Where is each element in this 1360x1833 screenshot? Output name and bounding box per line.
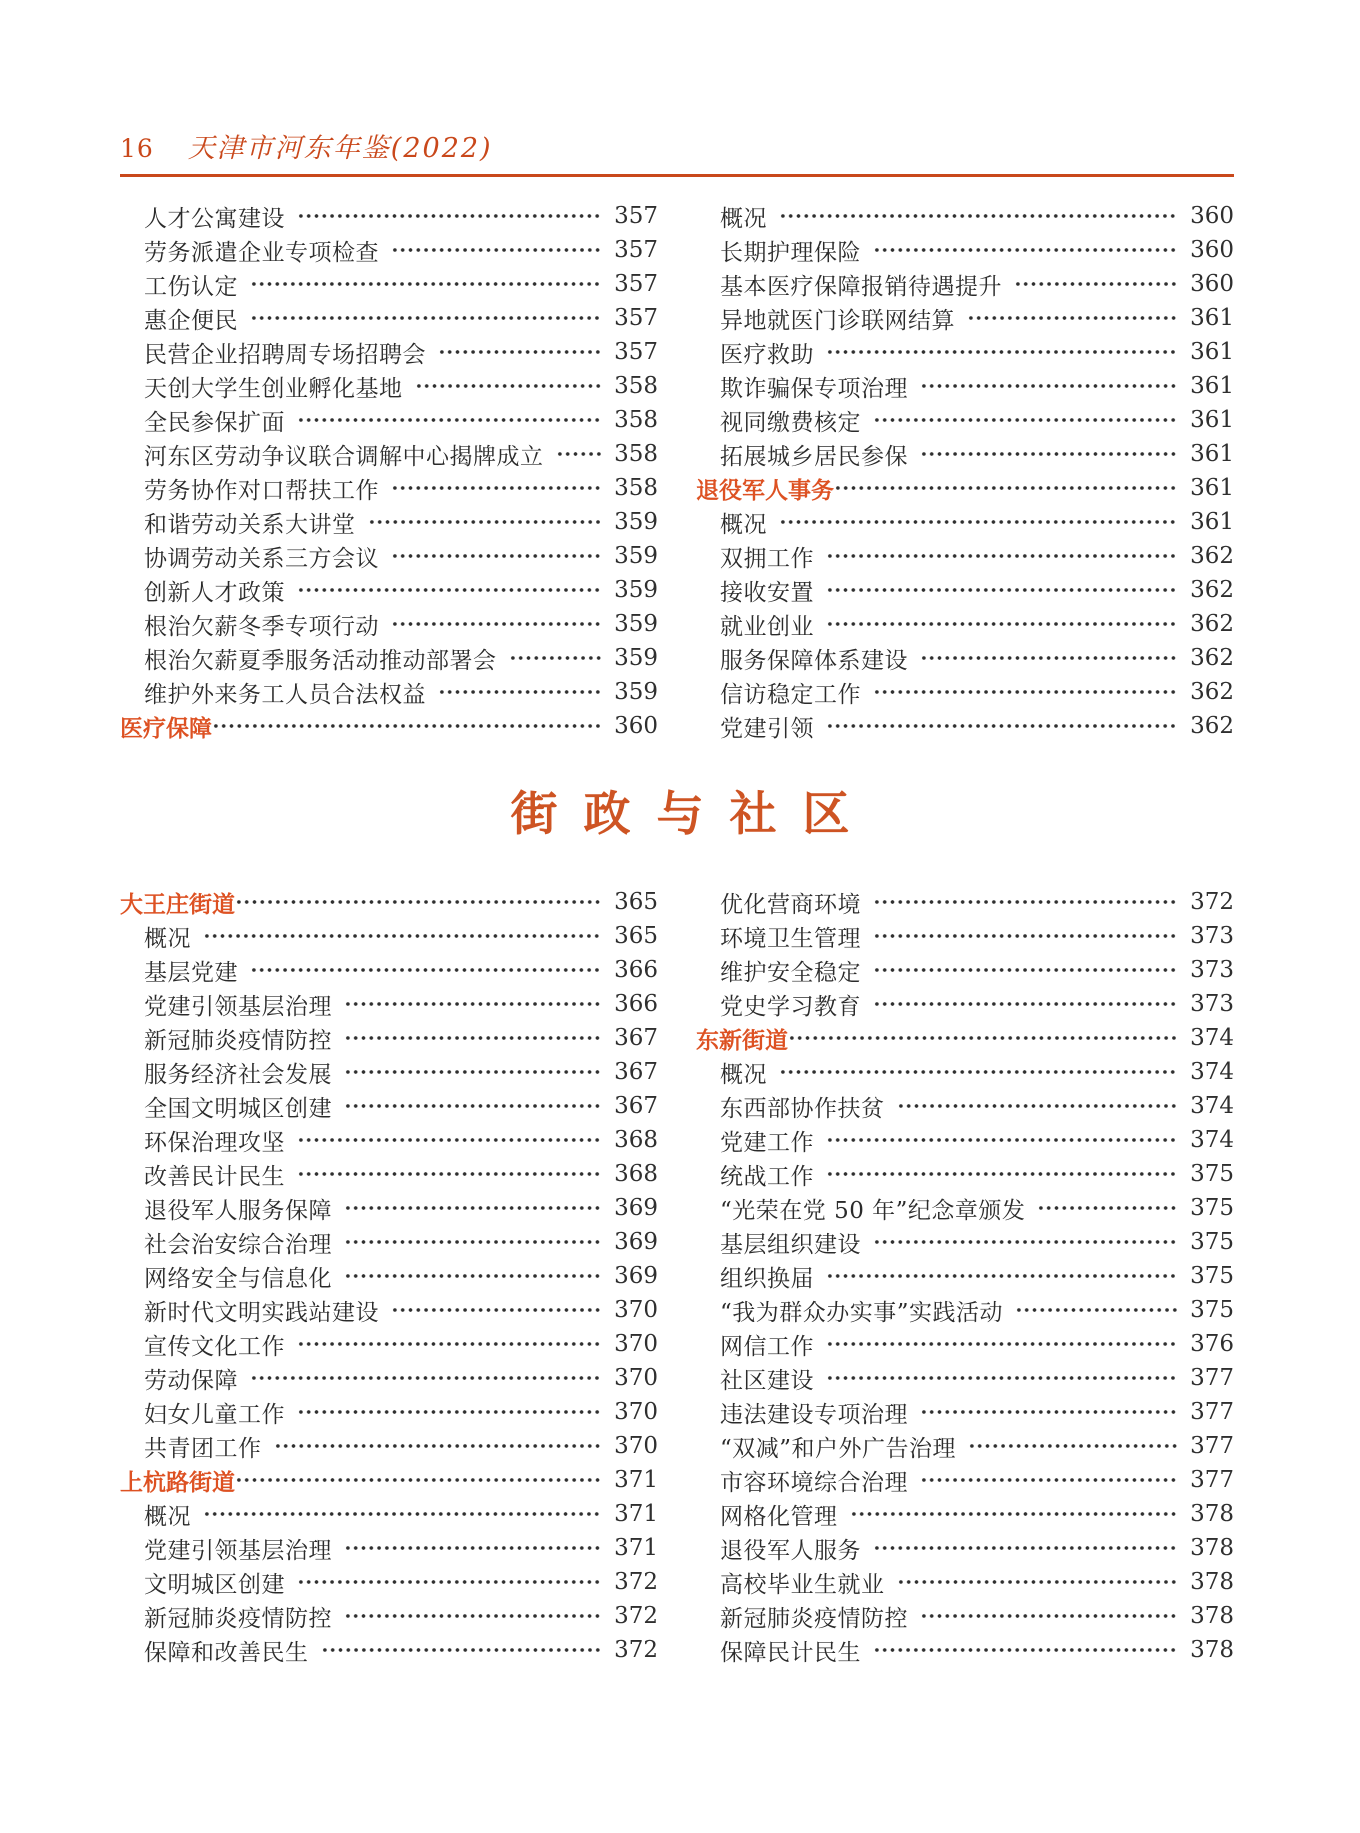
dot-leader (897, 1574, 1179, 1590)
toc-entry-row: 环境卫生管理373 (696, 919, 1234, 953)
toc-entry-row: 创新人才政策359 (120, 573, 658, 607)
toc-entry-page-number: 359 (612, 645, 658, 671)
dot-leader (415, 378, 603, 394)
dot-leader (391, 616, 602, 632)
toc-entry-page-number: 375 (1188, 1263, 1234, 1289)
toc-entry-page-number: 369 (612, 1263, 658, 1289)
toc-entry-page-number: 367 (612, 1025, 658, 1051)
toc-entry-page-number: 378 (1188, 1501, 1234, 1527)
dot-leader (967, 310, 1178, 326)
toc-entry-page-number: 370 (612, 1399, 658, 1425)
toc-entry-page-number: 362 (1188, 679, 1234, 705)
toc-entry-row: 改善民计民生368 (120, 1157, 658, 1191)
toc-entry-page-number: 359 (612, 679, 658, 705)
dot-leader (920, 446, 1178, 462)
toc-entry-page-number: 357 (612, 237, 658, 263)
toc-entry-page-number: 357 (612, 203, 658, 229)
toc-entry-row: 接收安置362 (696, 573, 1234, 607)
dot-leader (297, 1132, 602, 1148)
toc-entry-title: 创新人才政策 (120, 574, 285, 607)
dot-leader (274, 1438, 603, 1454)
toc-entry-page-number: 360 (612, 713, 658, 739)
dot-leader (826, 582, 1178, 598)
toc-entry-row: 网格化管理378 (696, 1497, 1234, 1531)
toc-top-left-column: 人才公寓建设357劳务派遣企业专项检查357工伤认定357惠企便民357民营企业… (120, 199, 658, 743)
toc-entry-row: 民营企业招聘周专场招聘会357 (120, 335, 658, 369)
toc-entry-page-number: 371 (612, 1467, 658, 1493)
toc-entry-title: 医疗救助 (696, 336, 814, 369)
dot-leader (212, 718, 602, 734)
yearbook-toc-page: 16 天津市河东年鉴(2022) 人才公寓建设357劳务派遣企业专项检查357工… (0, 0, 1360, 1833)
toc-bottom-left-column: 大王庄街道365概况365基层党建366党建引领基层治理366新冠肺炎疫情防控3… (120, 885, 658, 1667)
toc-entry-page-number: 361 (1188, 441, 1234, 467)
toc-entry-row: 劳务协作对口帮扶工作358 (120, 471, 658, 505)
toc-entry-row: 统战工作375 (696, 1157, 1234, 1191)
dot-leader (779, 1064, 1178, 1080)
toc-section-heading-row: 上杭路街道371 (120, 1463, 658, 1497)
toc-entry-page-number: 365 (612, 923, 658, 949)
toc-entry-title: 概况 (696, 1056, 767, 1089)
toc-entry-row: 网信工作376 (696, 1327, 1234, 1361)
toc-entry-title: 基本医疗保障报销待遇提升 (696, 268, 1002, 301)
toc-entry-page-number: 369 (612, 1195, 658, 1221)
dot-leader (235, 894, 602, 910)
toc-entry-row: 基层组织建设375 (696, 1225, 1234, 1259)
toc-entry-title: “双减”和户外广告治理 (696, 1430, 956, 1463)
toc-entry-title: 东新街道 (696, 1022, 788, 1055)
dot-leader (344, 1540, 602, 1556)
toc-entry-title: 河东区劳动争议联合调解中心揭牌成立 (120, 438, 544, 471)
toc-entry-row: 双拥工作362 (696, 539, 1234, 573)
toc-entry-page-number: 378 (1188, 1569, 1234, 1595)
toc-entry-title: 宣传文化工作 (120, 1328, 285, 1361)
toc-entry-title: 概况 (696, 200, 767, 233)
dot-leader (509, 650, 603, 666)
toc-entry-page-number: 378 (1188, 1535, 1234, 1561)
dot-leader (321, 1642, 603, 1658)
toc-entry-page-number: 361 (1188, 339, 1234, 365)
toc-entry-page-number: 361 (1188, 305, 1234, 331)
toc-entry-row: 概况371 (120, 1497, 658, 1531)
toc-entry-row: 惠企便民357 (120, 301, 658, 335)
dot-leader (873, 1540, 1178, 1556)
toc-entry-page-number: 375 (1188, 1195, 1234, 1221)
toc-entry-page-number: 374 (1188, 1093, 1234, 1119)
toc-entry-row: 退役军人服务378 (696, 1531, 1234, 1565)
toc-section-heading-row: 东新街道374 (696, 1021, 1234, 1055)
toc-entry-row: 社会治安综合治理369 (120, 1225, 658, 1259)
toc-entry-row: 维护安全稳定373 (696, 953, 1234, 987)
toc-entry-title: 维护安全稳定 (696, 954, 861, 987)
toc-entry-page-number: 372 (612, 1603, 658, 1629)
toc-entry-row: 根治欠薪夏季服务活动推动部署会359 (120, 641, 658, 675)
toc-entry-page-number: 362 (1188, 611, 1234, 637)
toc-entry-title: “我为群众办实事”实践活动 (696, 1294, 1003, 1327)
dot-leader (968, 1438, 1178, 1454)
toc-entry-page-number: 358 (612, 407, 658, 433)
toc-entry-title: 天创大学生创业孵化基地 (120, 370, 403, 403)
toc-entry-page-number: 358 (612, 373, 658, 399)
toc-entry-title: 视同缴费核定 (696, 404, 861, 437)
toc-entry-title: 民营企业招聘周专场招聘会 (120, 336, 426, 369)
toc-entry-page-number: 361 (1188, 509, 1234, 535)
toc-entry-row: 服务经济社会发展367 (120, 1055, 658, 1089)
dot-leader (834, 480, 1178, 496)
toc-entry-title: 环境卫生管理 (696, 920, 861, 953)
toc-entry-row: 新冠肺炎疫情防控378 (696, 1599, 1234, 1633)
toc-entry-title: 环保治理攻坚 (120, 1124, 285, 1157)
toc-entry-title: 接收安置 (696, 574, 814, 607)
toc-entry-page-number: 362 (1188, 543, 1234, 569)
toc-entry-page-number: 374 (1188, 1025, 1234, 1051)
toc-entry-page-number: 358 (612, 475, 658, 501)
toc-entry-page-number: 373 (1188, 923, 1234, 949)
dot-leader (1037, 1200, 1178, 1216)
dot-leader (873, 684, 1178, 700)
toc-entry-row: 党建工作374 (696, 1123, 1234, 1157)
toc-entry-title: 网络安全与信息化 (120, 1260, 332, 1293)
toc-entry-page-number: 375 (1188, 1229, 1234, 1255)
toc-entry-title: 基层组织建设 (696, 1226, 861, 1259)
dot-leader (873, 1234, 1178, 1250)
toc-entry-title: 维护外来务工人员合法权益 (120, 676, 426, 709)
dot-leader (826, 1268, 1178, 1284)
toc-entry-title: 共青团工作 (120, 1430, 262, 1463)
toc-block-top: 人才公寓建设357劳务派遣企业专项检查357工伤认定357惠企便民357民营企业… (0, 199, 1360, 743)
dot-leader (897, 1098, 1179, 1114)
dot-leader (438, 684, 602, 700)
dot-leader (826, 1132, 1178, 1148)
toc-entry-row: 退役军人服务保障369 (120, 1191, 658, 1225)
dot-leader (344, 996, 602, 1012)
dot-leader (873, 894, 1178, 910)
toc-entry-row: 异地就医门诊联网结算361 (696, 301, 1234, 335)
toc-entry-row: 保障民计民生378 (696, 1633, 1234, 1667)
dot-leader (438, 344, 602, 360)
toc-entry-title: 全国文明城区创建 (120, 1090, 332, 1123)
dot-leader (920, 1404, 1178, 1420)
toc-section-heading-row: 医疗保障360 (120, 709, 658, 743)
toc-block-bottom: 大王庄街道365概况365基层党建366党建引领基层治理366新冠肺炎疫情防控3… (0, 885, 1360, 1667)
toc-entry-page-number: 362 (1188, 577, 1234, 603)
dot-leader (203, 1506, 602, 1522)
dot-leader (297, 1166, 602, 1182)
toc-entry-row: 就业创业362 (696, 607, 1234, 641)
dot-leader (873, 412, 1178, 428)
dot-leader (344, 1200, 602, 1216)
toc-entry-row: 基本医疗保障报销待遇提升360 (696, 267, 1234, 301)
toc-entry-row: 新冠肺炎疫情防控367 (120, 1021, 658, 1055)
dot-leader (250, 962, 602, 978)
toc-entry-row: 河东区劳动争议联合调解中心揭牌成立358 (120, 437, 658, 471)
toc-entry-page-number: 359 (612, 577, 658, 603)
toc-entry-title: 党史学习教育 (696, 988, 861, 1021)
dot-leader (556, 446, 603, 462)
toc-entry-title: 组织换届 (696, 1260, 814, 1293)
dot-leader (873, 962, 1178, 978)
toc-entry-page-number: 377 (1188, 1433, 1234, 1459)
toc-section-heading-row: 退役军人事务361 (696, 471, 1234, 505)
toc-entry-title: 全民参保扩面 (120, 404, 285, 437)
toc-entry-row: 党建引领基层治理371 (120, 1531, 658, 1565)
toc-entry-row: 基层党建366 (120, 953, 658, 987)
toc-entry-title: 新冠肺炎疫情防控 (120, 1600, 332, 1633)
dot-leader (779, 208, 1178, 224)
toc-entry-row: 网络安全与信息化369 (120, 1259, 658, 1293)
toc-entry-title: 东西部协作扶贫 (696, 1090, 885, 1123)
toc-entry-row: 和谐劳动关系大讲堂359 (120, 505, 658, 539)
toc-entry-title: 服务经济社会发展 (120, 1056, 332, 1089)
toc-entry-page-number: 361 (1188, 475, 1234, 501)
book-title: 天津市河东年鉴(2022) (188, 126, 493, 165)
toc-entry-page-number: 370 (612, 1331, 658, 1357)
toc-entry-page-number: 375 (1188, 1297, 1234, 1323)
toc-entry-title: 劳务协作对口帮扶工作 (120, 472, 379, 505)
toc-entry-title: 和谐劳动关系大讲堂 (120, 506, 356, 539)
toc-entry-row: 协调劳动关系三方会议359 (120, 539, 658, 573)
toc-entry-title: 保障民计民生 (696, 1634, 861, 1667)
toc-section-heading-row: 大王庄街道365 (120, 885, 658, 919)
toc-entry-row: 宣传文化工作370 (120, 1327, 658, 1361)
toc-entry-row: 长期护理保险360 (696, 233, 1234, 267)
toc-entry-title: 统战工作 (696, 1158, 814, 1191)
toc-bottom-right-column: 优化营商环境372环境卫生管理373维护安全稳定373党史学习教育373东新街道… (696, 885, 1234, 1667)
toc-entry-page-number: 370 (612, 1433, 658, 1459)
toc-entry-row: “光荣在党 50 年”纪念章颁发375 (696, 1191, 1234, 1225)
toc-top-right-column: 概况360长期护理保险360基本医疗保障报销待遇提升360异地就医门诊联网结算3… (696, 199, 1234, 743)
toc-entry-title: 新冠肺炎疫情防控 (120, 1022, 332, 1055)
dot-leader (1015, 1302, 1178, 1318)
toc-entry-title: 社会治安综合治理 (120, 1226, 332, 1259)
toc-entry-page-number: 374 (1188, 1059, 1234, 1085)
dot-leader (779, 514, 1178, 530)
toc-entry-title: 服务保障体系建设 (696, 642, 908, 675)
toc-entry-row: 医疗救助361 (696, 335, 1234, 369)
toc-entry-page-number: 373 (1188, 991, 1234, 1017)
toc-entry-title: 上杭路街道 (120, 1464, 235, 1497)
toc-entry-title: 文明城区创建 (120, 1566, 285, 1599)
toc-entry-title: 退役军人事务 (696, 472, 834, 505)
toc-entry-row: 保障和改善民生372 (120, 1633, 658, 1667)
toc-entry-title: 党建引领基层治理 (120, 988, 332, 1021)
toc-entry-row: 市容环境综合治理377 (696, 1463, 1234, 1497)
toc-entry-title: 异地就医门诊联网结算 (696, 302, 955, 335)
header-rule (120, 174, 1234, 177)
toc-entry-page-number: 369 (612, 1229, 658, 1255)
dot-leader (250, 276, 602, 292)
toc-entry-title: 高校毕业生就业 (696, 1566, 885, 1599)
toc-entry-row: 党建引领基层治理366 (120, 987, 658, 1021)
toc-entry-page-number: 370 (612, 1365, 658, 1391)
page-header: 16 天津市河东年鉴(2022) (0, 0, 1360, 177)
toc-entry-page-number: 368 (612, 1161, 658, 1187)
toc-entry-title: 大王庄街道 (120, 886, 235, 919)
toc-entry-page-number: 359 (612, 543, 658, 569)
dot-leader (826, 548, 1178, 564)
dot-leader (391, 1302, 602, 1318)
toc-entry-title: 退役军人服务 (696, 1532, 861, 1565)
toc-entry-row: 概况361 (696, 505, 1234, 539)
toc-entry-title: 新冠肺炎疫情防控 (696, 1600, 908, 1633)
toc-entry-page-number: 360 (1188, 203, 1234, 229)
dot-leader (344, 1608, 602, 1624)
toc-entry-row: 人才公寓建设357 (120, 199, 658, 233)
toc-entry-title: 改善民计民生 (120, 1158, 285, 1191)
toc-entry-page-number: 368 (612, 1127, 658, 1153)
toc-entry-page-number: 357 (612, 339, 658, 365)
toc-entry-title: 双拥工作 (696, 540, 814, 573)
toc-entry-title: “光荣在党 50 年”纪念章颁发 (696, 1192, 1025, 1225)
toc-entry-page-number: 378 (1188, 1637, 1234, 1663)
toc-entry-title: 新时代文明实践站建设 (120, 1294, 379, 1327)
page-number: 16 (120, 134, 154, 163)
toc-entry-row: 社区建设377 (696, 1361, 1234, 1395)
toc-entry-title: 保障和改善民生 (120, 1634, 309, 1667)
toc-entry-page-number: 359 (612, 509, 658, 535)
dot-leader (826, 1166, 1178, 1182)
toc-entry-title: 党建引领基层治理 (120, 1532, 332, 1565)
toc-entry-row: 根治欠薪冬季专项行动359 (120, 607, 658, 641)
dot-leader (391, 242, 602, 258)
toc-entry-row: 工伤认定357 (120, 267, 658, 301)
dot-leader (826, 616, 1178, 632)
toc-entry-title: 概况 (120, 1498, 191, 1531)
toc-entry-row: 共青团工作370 (120, 1429, 658, 1463)
dot-leader (368, 514, 603, 530)
dot-leader (920, 650, 1178, 666)
dot-leader (826, 718, 1178, 734)
toc-entry-page-number: 367 (612, 1093, 658, 1119)
dot-leader (235, 1472, 602, 1488)
dot-leader (297, 412, 602, 428)
toc-entry-row: 妇女儿童工作370 (120, 1395, 658, 1429)
dot-leader (250, 1370, 602, 1386)
toc-entry-row: 高校毕业生就业378 (696, 1565, 1234, 1599)
toc-entry-page-number: 357 (612, 271, 658, 297)
dot-leader (873, 242, 1178, 258)
toc-entry-row: 概况365 (120, 919, 658, 953)
toc-entry-page-number: 372 (612, 1637, 658, 1663)
dot-leader (826, 344, 1178, 360)
toc-entry-row: 全国文明城区创建367 (120, 1089, 658, 1123)
toc-entry-page-number: 360 (1188, 271, 1234, 297)
toc-entry-title: 劳务派遣企业专项检查 (120, 234, 379, 267)
dot-leader (920, 1608, 1178, 1624)
dot-leader (850, 1506, 1179, 1522)
toc-entry-title: 基层党建 (120, 954, 238, 987)
toc-entry-page-number: 371 (612, 1535, 658, 1561)
toc-entry-title: 欺诈骗保专项治理 (696, 370, 908, 403)
toc-entry-title: 概况 (696, 506, 767, 539)
toc-entry-row: 劳动保障370 (120, 1361, 658, 1395)
toc-entry-page-number: 367 (612, 1059, 658, 1085)
toc-entry-row: 文明城区创建372 (120, 1565, 658, 1599)
dot-leader (344, 1098, 602, 1114)
toc-entry-row: 劳务派遣企业专项检查357 (120, 233, 658, 267)
toc-entry-title: 党建引领 (696, 710, 814, 743)
toc-entry-title: 协调劳动关系三方会议 (120, 540, 379, 573)
toc-entry-page-number: 377 (1188, 1399, 1234, 1425)
toc-entry-title: 违法建设专项治理 (696, 1396, 908, 1429)
toc-entry-title: 就业创业 (696, 608, 814, 641)
toc-entry-row: 组织换届375 (696, 1259, 1234, 1293)
dot-leader (873, 996, 1178, 1012)
toc-entry-title: 党建工作 (696, 1124, 814, 1157)
toc-entry-row: 服务保障体系建设362 (696, 641, 1234, 675)
toc-entry-row: 概况374 (696, 1055, 1234, 1089)
toc-entry-page-number: 373 (1188, 957, 1234, 983)
dot-leader (297, 1574, 602, 1590)
toc-entry-page-number: 378 (1188, 1603, 1234, 1629)
toc-entry-title: 优化营商环境 (696, 886, 861, 919)
toc-entry-title: 医疗保障 (120, 710, 212, 743)
toc-entry-row: 维护外来务工人员合法权益359 (120, 675, 658, 709)
dot-leader (203, 928, 602, 944)
dot-leader (920, 1472, 1178, 1488)
dot-leader (826, 1370, 1178, 1386)
toc-entry-row: 东西部协作扶贫374 (696, 1089, 1234, 1123)
toc-entry-title: 劳动保障 (120, 1362, 238, 1395)
toc-entry-row: 环保治理攻坚368 (120, 1123, 658, 1157)
toc-entry-page-number: 362 (1188, 645, 1234, 671)
toc-entry-page-number: 377 (1188, 1365, 1234, 1391)
dot-leader (788, 1030, 1178, 1046)
toc-entry-page-number: 374 (1188, 1127, 1234, 1153)
toc-entry-page-number: 375 (1188, 1161, 1234, 1187)
toc-entry-title: 工伤认定 (120, 268, 238, 301)
toc-entry-page-number: 377 (1188, 1467, 1234, 1493)
toc-entry-title: 市容环境综合治理 (696, 1464, 908, 1497)
toc-entry-page-number: 366 (612, 991, 658, 1017)
dot-leader (391, 480, 602, 496)
dot-leader (250, 310, 602, 326)
dot-leader (344, 1064, 602, 1080)
toc-entry-row: 概况360 (696, 199, 1234, 233)
toc-entry-title: 人才公寓建设 (120, 200, 285, 233)
toc-entry-title: 根治欠薪冬季专项行动 (120, 608, 379, 641)
dot-leader (297, 1336, 602, 1352)
toc-entry-title: 长期护理保险 (696, 234, 861, 267)
dot-leader (344, 1234, 602, 1250)
toc-entry-row: “我为群众办实事”实践活动375 (696, 1293, 1234, 1327)
toc-entry-page-number: 358 (612, 441, 658, 467)
toc-entry-row: 全民参保扩面358 (120, 403, 658, 437)
dot-leader (826, 1336, 1178, 1352)
toc-entry-page-number: 371 (612, 1501, 658, 1527)
dot-leader (873, 928, 1178, 944)
running-head: 16 天津市河东年鉴(2022) (120, 126, 1234, 165)
toc-entry-page-number: 376 (1188, 1331, 1234, 1357)
toc-entry-row: 欺诈骗保专项治理361 (696, 369, 1234, 403)
dot-leader (297, 1404, 602, 1420)
toc-entry-title: 信访稳定工作 (696, 676, 861, 709)
dot-leader (1014, 276, 1178, 292)
toc-entry-row: 违法建设专项治理377 (696, 1395, 1234, 1429)
toc-entry-page-number: 361 (1188, 407, 1234, 433)
toc-entry-row: “双减”和户外广告治理377 (696, 1429, 1234, 1463)
toc-entry-page-number: 365 (612, 889, 658, 915)
dot-leader (391, 548, 602, 564)
toc-entry-row: 视同缴费核定361 (696, 403, 1234, 437)
toc-entry-title: 根治欠薪夏季服务活动推动部署会 (120, 642, 497, 675)
toc-entry-title: 退役军人服务保障 (120, 1192, 332, 1225)
toc-entry-page-number: 372 (1188, 889, 1234, 915)
toc-entry-title: 概况 (120, 920, 191, 953)
dot-leader (873, 1642, 1178, 1658)
toc-entry-row: 党史学习教育373 (696, 987, 1234, 1021)
toc-entry-title: 惠企便民 (120, 302, 238, 335)
toc-entry-title: 妇女儿童工作 (120, 1396, 285, 1429)
